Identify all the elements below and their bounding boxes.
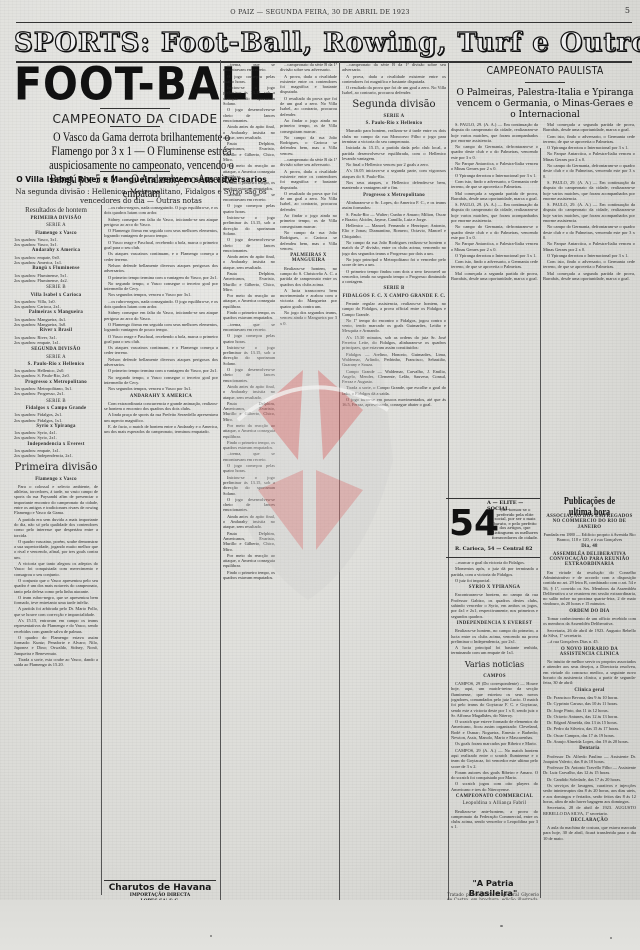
paragraph: O primeiro tempo findou com dois a zero … — [342, 269, 446, 285]
primeira-divisao-title: Primeira divisão — [14, 462, 98, 474]
paragraph: No jogo principal o Metropolitano foi o … — [342, 257, 446, 268]
novo-horario-title: O NOVO HORARIO DA ASSISTENCIA CLINICA — [543, 647, 636, 658]
paragraph: O Ypiranga derrotou o Internacional por … — [451, 253, 538, 258]
speck — [500, 925, 503, 927]
paragraph: Mal começada a segunda partida de prova,… — [543, 122, 635, 133]
paulista-column-left: S. PAULO, 29. (A. A.) — Em continuação d… — [451, 122, 538, 492]
paragraph: A partida era sem duvida a mais importan… — [14, 517, 98, 538]
paragraph: CAMPOS, 29 (A. A.) — No match hontem aqu… — [451, 748, 538, 769]
paragraph: Com isto, findo o adversario, o Germania… — [451, 179, 538, 190]
dentist-hours: Professor Dr. Antonio Travello Filho — A… — [543, 765, 636, 776]
publicacoes-column: ASSOCIAÇÃO DOS EMPREGADOS NO COMMERCIO D… — [543, 512, 636, 897]
paragraph: A lucta transcorreu bem movimentada e ac… — [280, 288, 337, 309]
score-line: 2os quadros: Fidalgos, 1x1. — [14, 418, 98, 423]
column-2: ...os rubro-negros, nada conseguindo. O … — [104, 205, 218, 885]
paulista-text: Mal começada a segunda partida de prova,… — [543, 122, 635, 281]
paragraph: Campo Grande — Waldemar, Carvalho, J. Em… — [342, 369, 446, 385]
paragraph: ...os rubro-negros, nada conseguindo. O … — [104, 299, 218, 310]
score-line: 2os quadros: empate, 1x1. — [14, 340, 98, 345]
match-result: Palmeiras x Mangueira — [14, 310, 98, 315]
syrio-ypiranga-text: Encontraram-se hontem, no campo da rua P… — [451, 592, 538, 618]
order-title: ORDEM DO DIA — [543, 609, 636, 614]
clinic-hours: Dr. Pedro da Silveira, das 15 ás 17 hora… — [543, 726, 636, 731]
clinic-hours: Dr. Cyprinio Caruso, das 10 ás 11 horas. — [543, 701, 636, 706]
paragraph: O Flamengo fórma em seguida com seus mel… — [104, 322, 218, 333]
clinic-hours: Dr. Francisco Bevona, das 9 ás 10 horas. — [543, 695, 636, 700]
paragraph: Iniciou-se o jogo preliminar ás 13.15, s… — [223, 85, 275, 106]
paragraph: Mal começada a segunda partida de prova,… — [451, 191, 538, 202]
paragraph: Fidalgos — Arelino, Honorio, Guimarães, … — [342, 352, 446, 368]
independencia-everest-text: Realizou-se hontem, no campo do primeiro… — [451, 628, 538, 655]
paragraph: Por meio da reacção ao attaque, o Americ… — [223, 423, 275, 439]
match-result: Syrio x Ypiranga — [14, 424, 98, 429]
paragraph: No segundo tempo, o Vasco consegue o ter… — [104, 375, 218, 386]
paragraph: No campo do Germania, defrontaram-se o q… — [451, 224, 538, 240]
serie-label: SERIE A — [342, 114, 446, 119]
region-heading: CAMPOS — [451, 674, 538, 679]
paragraph: Iniciou-se o jogo preliminar ás 13.15, s… — [223, 215, 275, 236]
paragraph: O jogo desenvolveu-se cheio de lances em… — [223, 367, 275, 383]
dentist-title: Dentaria — [543, 746, 636, 751]
paragraph: S. Paulo-Rio — Walter; Cunha e Amaro; Mi… — [342, 212, 446, 223]
results-title: Resultados de hontem — [14, 206, 98, 214]
match-heading: Leopoldina x Alliança Fabril — [451, 801, 538, 806]
elite-social-ad: A — ELITE — SOCIAL 54 Que tornou-se o pr… — [447, 500, 539, 553]
paulista-column-right: Mal começada a segunda partida de prova,… — [543, 122, 635, 492]
paragraph: Ainda antes do apito final, o Andarahy i… — [223, 254, 275, 270]
divider — [100, 171, 170, 172]
paragraph: No 1º tempo do encontro o Fidalgos, jogo… — [342, 318, 446, 334]
paragraph: O quadro vascaino, porém, soube demonstr… — [14, 539, 98, 560]
paragraph: Alinharam-se o Sr. Lopes, do America F. … — [342, 200, 446, 211]
paragraph: O Ypiranga derrotou o Internacional por … — [543, 253, 635, 258]
paragraph: O primeiro tempo termina com a vantagem … — [104, 368, 218, 373]
paragraph: Com isto, findo o adversario, o Germania… — [543, 134, 635, 145]
horario-signature: Secretaria, 28 de abril de 1923. AUGUSTO… — [543, 805, 636, 816]
paragraph: Os goals foram marcados por Ribeiro e Ma… — [451, 741, 538, 746]
paragraph: Perante regular assistencia, realizou-se… — [342, 301, 446, 317]
campeonato-paulista-title: CAMPEONATO PAULISTA — [469, 64, 622, 77]
clinica-title: Clinica geral — [543, 688, 636, 693]
paragraph: O Flamengo fórma em seguida com seus mel… — [104, 228, 218, 239]
ad-address: R. Carioca, 54 — Central 82 — [455, 546, 533, 552]
primeira-divisao-text: Para o colossal e selecto ambiente, de a… — [14, 484, 98, 668]
paragraph: O jogo desenvolveu-se cheio de lances em… — [223, 497, 275, 513]
campeonato-commercial-title: CAMPEONATO COMMERCIAL — [451, 794, 538, 799]
paragraph: O primeiro tempo termina com a vantagem … — [104, 275, 218, 280]
folio-line: O PAIZ — SEGUNDA FEIRA, 30 DE ABRIL DE 1… — [0, 8, 640, 16]
paragraph: Findo o primeiro tempo, os quadros estav… — [223, 570, 275, 581]
dentist-hours: Professor Dr. Alfredo Paulino — Assisten… — [543, 754, 636, 765]
paragraph: ...os rubro-negros, nada conseguindo. O … — [104, 205, 218, 216]
paragraph: ...trema, que se encontravam em recreio. — [223, 62, 275, 73]
score-line: 2os quadros: Mangueira, 3x0. — [14, 322, 98, 327]
score-line: 2os quadros: Independencia, 2x1. — [14, 453, 98, 458]
clinic-hours: Dr. Araujo Almeida Lopes, das 19 ás 20 h… — [543, 739, 636, 744]
fidalgos-campo-grande-title: FIDALGOS F. C. X CAMPO GRANDE F. C. — [342, 294, 446, 299]
paragraph: Com isto, findo o adversario, o Germania… — [543, 259, 635, 270]
column-6-lower: ...marcar o goal da victoria do Fidalgos… — [451, 560, 538, 876]
palmeiras-mangueira-title: PALMEIRAS X MANGUEIRA — [280, 253, 337, 264]
match-result: S. Paulo-Rio x Hellenico — [14, 362, 98, 367]
paragraph: No campo do Germania, defrontaram-se o q… — [543, 224, 635, 240]
paragraph: CAMPOS, 29 (Do correspondente) — Houve h… — [451, 681, 538, 718]
match-heading: S. Paulo-Rio x Hellenico — [342, 121, 446, 126]
serie-heading: SERIE A — [14, 355, 98, 360]
paragraph: O Ypiranga derrotou o Internacional por … — [451, 173, 538, 178]
paragraph: O resultado da prova que foi de um goal … — [342, 85, 446, 96]
paragraph: Findo o primeiro tempo, os quadros estav… — [223, 440, 275, 451]
paragraph: Nos segundos tempos, venceu o Vasco por … — [104, 292, 218, 297]
division-heading: SEGUNDA DIVISÃO — [14, 347, 98, 352]
paragraph: No Parque Antarctica, o Palestra-Italia … — [451, 241, 538, 252]
column-rule — [540, 148, 541, 898]
paragraph: Ao findar o jogo ainda no primeiro tempo… — [280, 118, 337, 134]
paulista-text: S. PAULO, 29. (A. A.) — Em continuação d… — [451, 122, 538, 281]
paragraph: Ao findar o jogo ainda no primeiro tempo… — [280, 213, 337, 229]
score-line: 2os quadros: Progresso, 2x1. — [14, 391, 98, 396]
column-4-text: ...campeonato da série B da 1ª divisão s… — [280, 62, 337, 251]
paragraph: No Parque Antarctica, o Palestra-Italia … — [451, 161, 538, 172]
paragraph: Sidney consegue em falta do Vasco, inici… — [104, 310, 218, 321]
paragraph: Por meio da reacção ao attaque, o Americ… — [223, 553, 275, 569]
paragraph: Ainda antes do apito final, o Andarahy i… — [223, 384, 275, 400]
column-4: ...campeonato da série B da 1ª divisão s… — [280, 62, 337, 902]
paragraph: O Vasco reage e Paschoal, recebendo a bo… — [104, 334, 218, 345]
paragraph: O juiz foi imparcial. — [451, 578, 538, 583]
paragraph: Os ataques vascainos continuam, e o Flam… — [104, 251, 218, 262]
serie-heading: SERIE B — [14, 285, 98, 290]
match-report-text: ...os rubro-negros, nada conseguindo. O … — [104, 205, 218, 392]
column-rule — [101, 205, 102, 895]
notice-title: ASSEMBLÉA DELIBERATIVA CONVOCAÇÃO PARA R… — [543, 552, 636, 568]
horario-footer: Os serviços de lavagens, curativos e inj… — [543, 783, 636, 804]
paragraph: No campo do Germania, defrontaram-se o q… — [451, 144, 538, 160]
divider — [100, 108, 170, 109]
notice-signature: Secretaria, 26 de abril de 1923. Augusto… — [543, 628, 636, 639]
paragraph: A victoria que tanto alegrou os adeptos … — [14, 561, 98, 577]
paragraph: O jogo começou pelas quatro horas. — [223, 203, 275, 214]
paragraph: O Vasco reage e Paschoal, recebendo a bo… — [104, 240, 218, 251]
paragraph: ...campeonato da série B da 1ª divisão s… — [342, 62, 446, 73]
paragraph: Sidney consegue em falta do Vasco, inici… — [104, 217, 218, 228]
segunda-divisao-text: Marcado para hontem, realizou-se á tarde… — [342, 128, 446, 190]
syrio-ypiranga-title: SYRIO X YPIRANGA — [451, 585, 538, 590]
score-line: 2os quadros: Fluminense, 4x2. — [14, 278, 98, 283]
paragraph: Mal começada a segunda partida de prova,… — [451, 271, 538, 282]
column-3: ...trema, que se encontravam em recreio.… — [223, 62, 275, 902]
speck — [210, 935, 212, 937]
paragraph: No Parque Antarctica, o Palestra-Italia … — [543, 241, 635, 252]
paragraph: A prova, dada a rivalidade existente ent… — [342, 74, 446, 85]
match-result: River x Brasil — [14, 328, 98, 333]
order-text: Tomar conhecimento de um officio recebid… — [543, 616, 636, 627]
paragraph: A's 15.15, entravam em campo os teams re… — [14, 618, 98, 634]
andarahy-america-title: ANDARAHY X AMERICA — [104, 394, 218, 399]
paragraph: Iniciou-se o jogo preliminar ás 13.15, s… — [223, 345, 275, 366]
fidalgos-note: ...marcar o goal da victoria do Fidalgos… — [451, 560, 538, 583]
division-heading: PRIMEIRA DIVISÃO — [14, 216, 98, 221]
paragraph: A prova, dada a rivalidade existente ent… — [280, 169, 337, 190]
paragraph: Por meio da reacção ao attaque, o Americ… — [223, 163, 275, 179]
results-list: PRIMEIRA DIVISÃOSERIE AFlamengo x Vasco1… — [14, 216, 98, 459]
column-rule — [448, 62, 449, 900]
section-masthead: SPORTS: Foot-Ball, Rowing, Turf e Outros — [14, 28, 632, 58]
paragraph: Foram autores dos goals Ribeiro e Amaro.… — [451, 770, 538, 781]
paragraph: Findo o primeiro tempo, os quadros estav… — [223, 310, 275, 321]
paragraph: Nelson defende bellamente diversos ataqu… — [104, 263, 218, 274]
paragraph: O scratch que esteve formado de elemento… — [451, 719, 538, 740]
paragraph: Iniciada ás 15.15, a partida dada pelo c… — [342, 145, 446, 161]
paragraph: A lucta principal foi bastante renhida, … — [451, 645, 538, 656]
commercial-text: Realizou-se ante-hontem, a prova do camp… — [451, 809, 538, 830]
declaracao-text: A aula da machina de costura, que estava… — [543, 825, 636, 841]
paragraph: Ainda antes do apito final, o Andarahy i… — [223, 124, 275, 140]
campeonato-paulista-deck: O Palmeiras, Palestra-Italia e Ypiranga … — [455, 88, 635, 121]
paragraph: Com extraordinaria concurrencia e grande… — [104, 401, 218, 412]
paragraph: O jogo desenvolveu-se cheio de lances em… — [223, 237, 275, 253]
ad-text: Que tornou-se o preferido pela elite soc… — [491, 508, 539, 540]
paragraph: Com isto, findo o adversario, o Germania… — [451, 259, 538, 270]
serie-heading: SERIE A — [14, 223, 98, 228]
paragraph: Tirada a sorte, esta coube ao Vasco, dan… — [14, 657, 98, 668]
campos-text: CAMPOS, 29 (Do correspondente) — Houve h… — [451, 681, 538, 792]
paragraph: O jogo torna-se em poucos movimentados, … — [342, 397, 446, 408]
column-5: ...campeonato da série B da 1ª divisão s… — [342, 62, 446, 902]
top-rule — [16, 22, 632, 23]
paragraph: ...campeonato da série B da 1ª divisão s… — [280, 62, 337, 73]
paragraph: S. PAULO, 29. (A. A.) — Em continuação d… — [451, 122, 538, 143]
horario-preface: ...á rua Gonçalves Dias n. 45. — [543, 639, 636, 644]
score-line: 2os quadros: America, 1x1. — [14, 260, 98, 265]
paragraph: ...trema, que se encontravam em recreio. — [223, 192, 275, 203]
paragraph: O jogo começou pelas quatro horas. — [223, 333, 275, 344]
match-result: Independencia x Everest — [14, 442, 98, 447]
match-result: Fidalgos x Campo Grande — [14, 406, 98, 411]
paragraph: No final o Hellenico venceu por 2 goals … — [342, 162, 446, 167]
bottom-margin — [0, 900, 640, 950]
paragraph: Nos seus ataques, o Hellenico defendeu-s… — [342, 180, 446, 191]
serie-heading: SERIE B — [14, 399, 98, 404]
paragraph: Pauta Delphim, Americanos, Evaristo, Mur… — [223, 271, 275, 292]
paragraph: Tirada a sorte, o Campo Grande, que esco… — [342, 385, 446, 396]
day-label: Dia, 48 — [543, 544, 636, 549]
clinic-hours: Dr. Octavio Antunes, das 12 ás 13 horas. — [543, 714, 636, 719]
paragraph: Realizou-se hontem, no campo do S. Chris… — [280, 266, 337, 287]
paragraph: A's 16.05 iniciava-se a segunda parte, c… — [342, 168, 446, 179]
clinic-hours: Dr. Jorge Pinto, das 11 ás 12 horas. — [543, 708, 636, 713]
paragraph: O jogo desenvolveu-se cheio de lances em… — [223, 107, 275, 123]
paragraph: Momentos após, o juiz dá por terminada a… — [451, 566, 538, 577]
varias-noticias-title: Varias noticias — [451, 659, 538, 671]
paragraph: A linda praça de sports da rua Prefeito … — [104, 412, 218, 423]
paragraph: O scratch jogou com oito players do Amer… — [451, 781, 538, 792]
paragraph: No Parque Antarctica, o Palestra-Italia … — [543, 151, 635, 162]
paragraph: Iniciou-se o jogo preliminar ás 13.15, s… — [223, 475, 275, 496]
paragraph: Nelson defende bellamente diversos ataqu… — [104, 357, 218, 368]
paragraph: ...trema, que se encontravam em recreio. — [223, 322, 275, 333]
paragraph: ...trema, que se encontravam em recreio. — [223, 451, 275, 462]
match-result: Bangú x Fluminense — [14, 266, 98, 271]
column-rule — [339, 62, 340, 900]
score-line: 2os quadros: Carioca, 2x1. — [14, 304, 98, 309]
paragraph: No campo do Germania, defrontaram-se o q… — [543, 163, 635, 179]
serie-label: SERIE B — [342, 286, 446, 291]
column-5-top-text: ...campeonato da série B da 1ª divisão s… — [342, 62, 446, 96]
paragraph: O resultado da prova que foi de um goal … — [280, 96, 337, 117]
paragraph: No campo da rua João Rodrigues realizou-… — [342, 240, 446, 256]
paragraph: Mal começada a segunda partida de prova,… — [543, 271, 635, 282]
match-result: Villa Isabel x Carioca — [14, 293, 98, 298]
match-result: Flamengo x Vasco — [14, 231, 98, 236]
paragraph: S. PAULO, 29. (A. A.) — Em continuação d… — [543, 202, 635, 223]
paragraph: E. de facto, o match de hontem entre o A… — [104, 424, 218, 435]
palmeiras-mangueira-text: Realizou-se hontem, no campo do S. Chris… — [280, 266, 337, 326]
notice-text: Em virtude da resolução do Conselho Admi… — [543, 570, 636, 607]
paragraph: Realizou-se hontem, no campo do primeiro… — [451, 628, 538, 644]
paragraph: Para o colossal e selecto ambiente, de a… — [14, 484, 98, 516]
paragraph: Pauta Delphim, Americanos, Evaristo, Mur… — [223, 401, 275, 422]
dentist-list: Professor Dr. Alfredo Paulino — Assisten… — [543, 754, 636, 782]
paragraph: O jogo começou pelas quatro horas. — [223, 463, 275, 474]
paragraph: O resultado da prova que foi de um goal … — [280, 191, 337, 212]
paragraph: Hellenico — Manoel; Fernando e Henrique;… — [342, 223, 446, 239]
progresso-metropolitano-title: Progresso x Metropolitano — [342, 193, 446, 198]
clinic-hours: Dr. Edgard Almeida, das 13 ás 15 horas. — [543, 720, 636, 725]
paragraph: O jogo começou pelas quatro horas. — [223, 74, 275, 85]
score-line: 2os quadros: Syrio, 2x1. — [14, 435, 98, 440]
paragraph: Nos segundos tempos, venceu o Vasco por … — [104, 386, 218, 391]
paragraph: No campo da rua João Rodrigues, o Carioc… — [280, 135, 337, 156]
match-heading: Flamengo x Vasco — [14, 477, 98, 482]
novo-horario-intro: No intuito de melhor servir os proprios … — [543, 659, 636, 685]
paragraph: A partida foi arbitrada pelo Dr. Mario P… — [14, 606, 98, 617]
column-results: Resultados de hontem PRIMEIRA DIVISÃOSER… — [14, 205, 98, 895]
speck — [610, 937, 612, 939]
paragraph: A's 15.30 minutos, sob as ordens do juiz… — [342, 335, 446, 351]
clinic-hours: Dr. Oscar Campos, das 17 ás 19 horas. — [543, 733, 636, 738]
score-line: 2os quadros: Vasco, 3x1. — [14, 242, 98, 247]
paragraph: A prova, dada a rivalidade existente ent… — [280, 74, 337, 95]
association-name: ASSOCIAÇÃO DOS EMPREGADOS NO COMMERCIO D… — [543, 514, 636, 530]
divider — [110, 126, 160, 127]
page-number: 5 — [625, 6, 630, 15]
column-3-text: ...trema, que se encontravam em recreio.… — [223, 62, 275, 580]
paragraph: Os ataques vascainos continuam, e o Flam… — [104, 345, 218, 356]
paragraph: Pauta Delphim, Americanos, Evaristo, Mur… — [223, 531, 275, 552]
paragraph: S. PAULO, 29. (A. A.) — Em continuação d… — [543, 180, 635, 201]
paragraph: S. PAULO, 29. (A. A.) — Em continuação d… — [451, 202, 538, 223]
paragraph: ...campeonato da série B da 1ª divisão s… — [280, 157, 337, 168]
divider — [525, 82, 565, 83]
match-result: Progresso x Metropolitano — [14, 380, 98, 385]
dentist-hours: Dr. Candido Soledade, das 17 ás 20 horas… — [543, 777, 636, 782]
score-line: 2os quadros: S. Paulo-Rio, 2x0. — [14, 373, 98, 378]
paragraph: O Ypiranga derrotou o Internacional por … — [543, 145, 635, 150]
association-founded: Fundada em 1880 — Edificio proprio á Ave… — [543, 532, 636, 543]
paragraph: O team rubro-negro, que se apresentou be… — [14, 595, 98, 606]
progresso-metropolitano-text: Alinharam-se o Sr. Lopes, do America F. … — [342, 200, 446, 284]
charutos-title: Charutos de Havana — [104, 883, 216, 893]
andarahy-america-text: Com extraordinaria concurrencia e grande… — [104, 401, 218, 435]
declaracao-title: DECLARAÇÃO — [543, 818, 636, 823]
paragraph: Ainda antes do apito final, o Andarahy i… — [223, 514, 275, 530]
independencia-everest-title: INDEPENDENCIA X EVEREST — [451, 621, 538, 626]
paragraph: Findo o primeiro tempo, os quadros estav… — [223, 180, 275, 191]
paragraph: Pauta Delphim, Americanos, Evaristo, Mur… — [223, 141, 275, 162]
paragraph: No jogo dos segundos teams, venceu ainda… — [280, 310, 337, 326]
paragraph: Marcado para hontem, realizou-se á tarde… — [342, 128, 446, 144]
paragraph: Encontraram-se hontem, no campo da rua P… — [451, 592, 538, 618]
newspaper-page: O PAIZ — SEGUNDA FEIRA, 30 DE ABRIL DE 1… — [0, 0, 640, 950]
paragraph: ...marcar o goal da victoria do Fidalgos… — [451, 560, 538, 565]
paragraph: No segundo tempo, o Vasco consegue o ter… — [104, 281, 218, 292]
paragraph: Por meio da reacção ao attaque, o Americ… — [223, 293, 275, 309]
match-result: Andarahy x America — [14, 248, 98, 253]
segunda-divisao-title: Segunda divisão — [342, 99, 446, 111]
paragraph: No campo da rua João Rodrigues, o Carioc… — [280, 230, 337, 251]
paragraph: O quadro do Flamengo estava assim formad… — [14, 635, 98, 656]
paragraph: O conjunto que o Vasco apresentou pelo s… — [14, 578, 98, 594]
column-rule — [220, 60, 221, 900]
fidalgos-campo-grande-text: Perante regular assistencia, realizou-se… — [342, 301, 446, 408]
clinica-list: Dr. Francisco Bevona, das 9 ás 10 horas.… — [543, 695, 636, 744]
